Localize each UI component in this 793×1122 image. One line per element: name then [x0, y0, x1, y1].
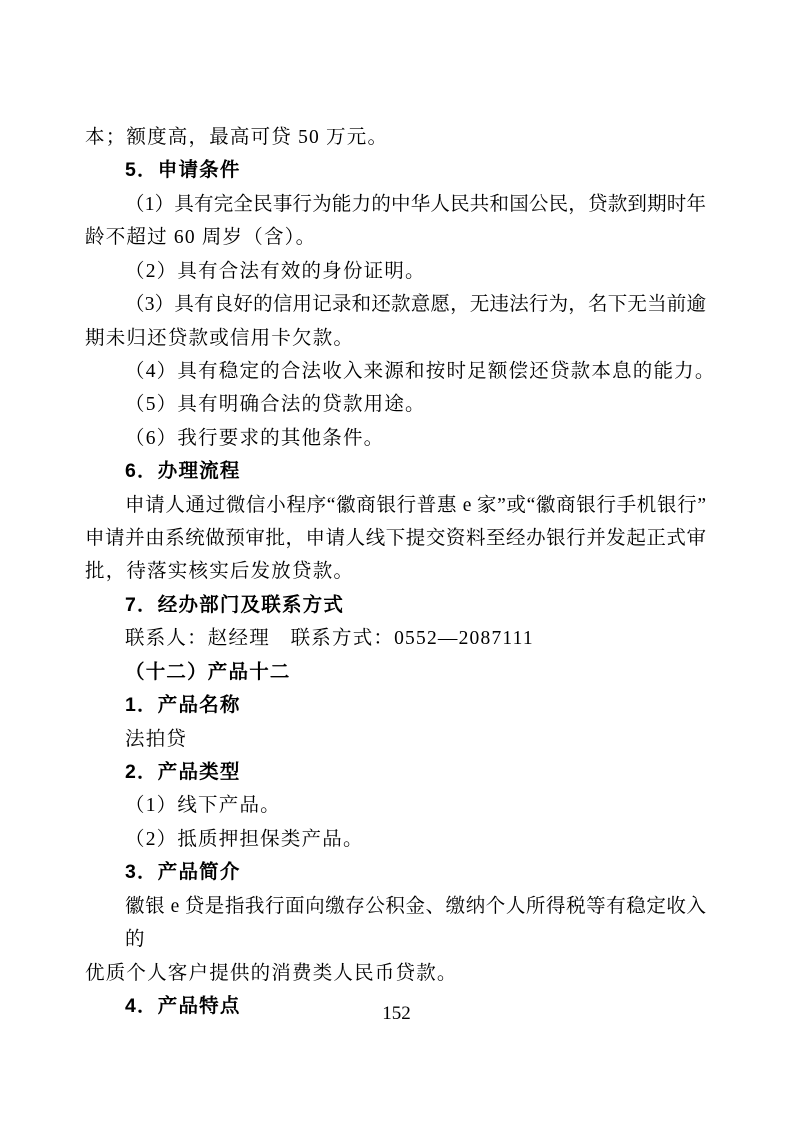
text-line: （1）具有完全民事行为能力的中华人民共和国公民，贷款到期时年 [85, 188, 706, 221]
document-content: 本；额度高，最高可贷 50 万元。5．申请条件（1）具有完全民事行为能力的中华人… [85, 121, 706, 1023]
text-line: 龄不超过 60 周岁（含）。 [85, 221, 706, 254]
heading-line: 2．产品类型 [85, 756, 706, 789]
heading-line: 6．办理流程 [85, 455, 706, 488]
text-line: （1）线下产品。 [85, 789, 706, 822]
text-line: 申请人通过微信小程序“徽商银行普惠 e 家”或“徽商银行手机银行” [85, 489, 706, 522]
text-line: 优质个人客户提供的消费类人民币贷款。 [85, 957, 706, 990]
text-line: 徽银 e 贷是指我行面向缴存公积金、缴纳个人所得税等有稳定收入的 [85, 890, 706, 957]
heading-line: （十二）产品十二 [85, 656, 706, 689]
text-line: （6）我行要求的其他条件。 [85, 422, 706, 455]
document-page: 本；额度高，最高可贷 50 万元。5．申请条件（1）具有完全民事行为能力的中华人… [0, 0, 793, 1122]
text-line: 批，待落实核实后发放贷款。 [85, 555, 706, 588]
heading-line: 1．产品名称 [85, 689, 706, 722]
heading-line: 7．经办部门及联系方式 [85, 589, 706, 622]
text-line: 申请并由系统做预审批，申请人线下提交资料至经办银行并发起正式审 [85, 522, 706, 555]
heading-line: 5．申请条件 [85, 154, 706, 187]
page-number: 152 [0, 1002, 793, 1026]
text-line: （2）具有合法有效的身份证明。 [85, 255, 706, 288]
text-line: 联系人：赵经理 联系方式：0552—2087111 [85, 622, 706, 655]
text-line: （4）具有稳定的合法收入来源和按时足额偿还贷款本息的能力。 [85, 355, 706, 388]
text-line: （2）抵质押担保类产品。 [85, 823, 706, 856]
text-line: （5）具有明确合法的贷款用途。 [85, 388, 706, 421]
text-line: （3）具有良好的信用记录和还款意愿，无违法行为，名下无当前逾 [85, 288, 706, 321]
text-line: 法拍贷 [85, 723, 706, 756]
text-line: 期未归还贷款或信用卡欠款。 [85, 322, 706, 355]
heading-line: 3．产品简介 [85, 856, 706, 889]
text-line: 本；额度高，最高可贷 50 万元。 [85, 121, 706, 154]
